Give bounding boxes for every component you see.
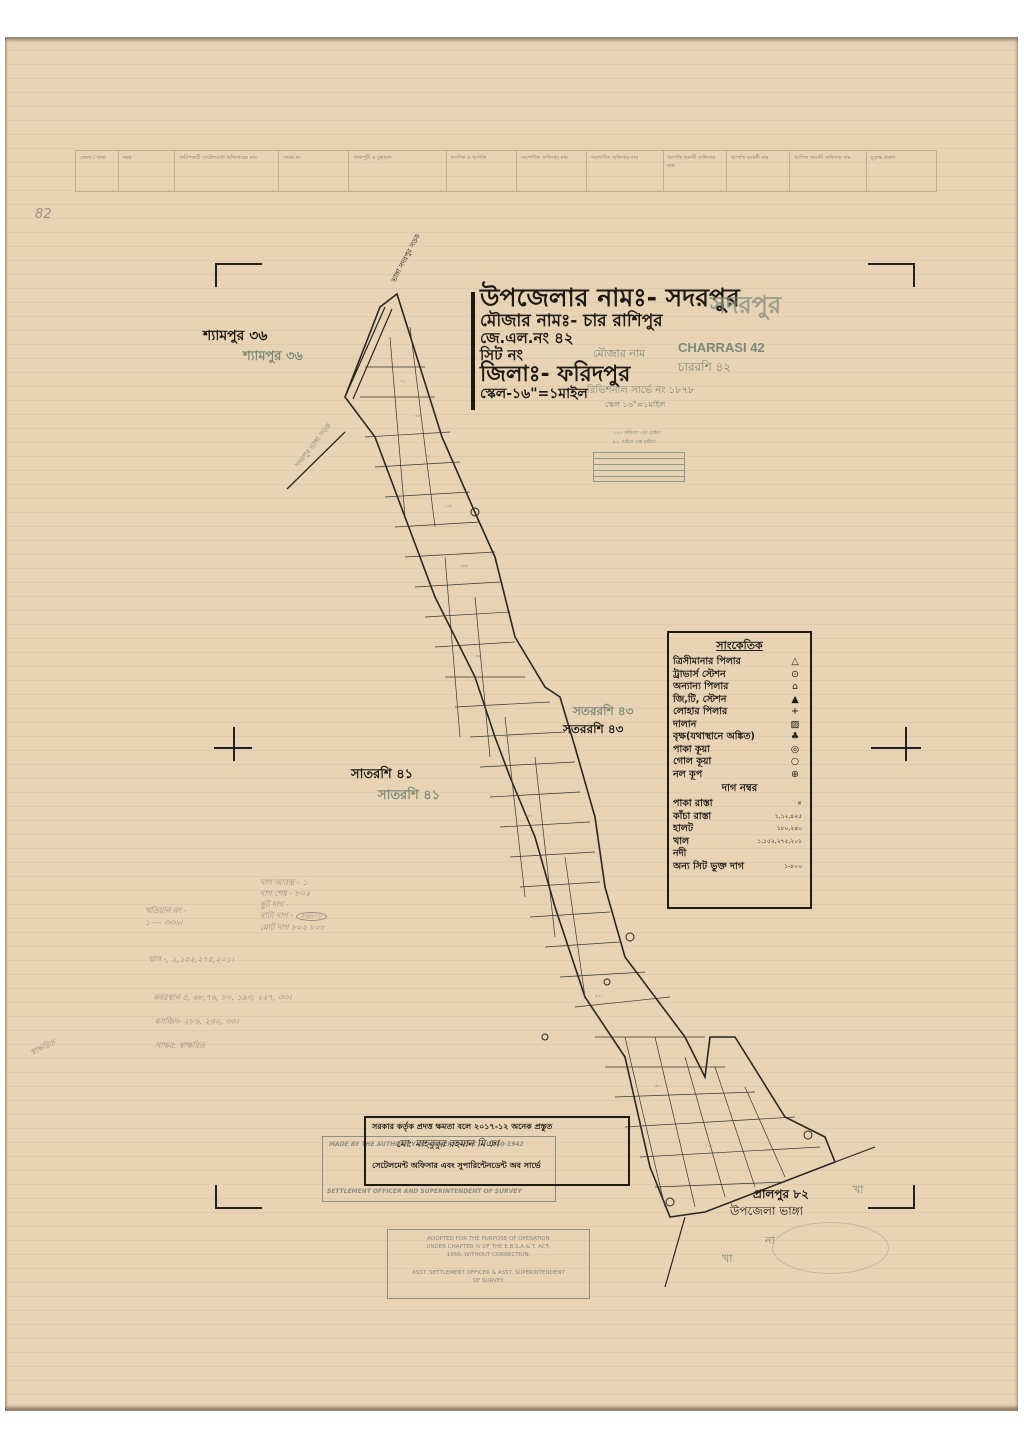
svg-text:৪৫: ৪৫ — [415, 413, 421, 418]
legend-value: ১-৮০০ — [784, 861, 802, 874]
pencil-mark: খা — [853, 1181, 863, 1200]
legend-item: লোহার পিলার+ — [669, 706, 810, 719]
stamp-line: ASST. SETTLEMENT OFFICER & ASST. SUPERIN… — [388, 1269, 589, 1277]
legend-label: হালট — [673, 823, 693, 836]
village-label-satroshi: সাতরশি ৪১ — [351, 765, 413, 786]
stamp-line: OF SURVEY. — [388, 1277, 589, 1285]
note-line: ছুট দাগ - — [260, 899, 327, 910]
faint-mouza-bengali: চাররশি ৪২ — [678, 359, 731, 379]
faint-scale: স্কেল ১৬"=১মাইল — [605, 399, 665, 412]
adopted-stamp: ADOPTED FOR THE PURPOSE OF OPERATION UND… — [387, 1229, 590, 1299]
village-label-shyampur-faint: শ্যামপুর ৩৬ — [243, 347, 303, 368]
scale-note-1: ১০০ কড়িতে এক চেইন। — [613, 430, 661, 438]
pencil-mark: খা — [722, 1250, 732, 1269]
stamp-line: UNDER CHAPTER IV OF THE E.B.S.A.& T. ACT… — [388, 1243, 589, 1251]
note-line: দাগ শেষ - ৮০২ — [260, 888, 327, 899]
svg-text:৩০০: ৩০০ — [505, 733, 513, 738]
stamp-line: সরকার কর্তৃক প্রদত্ত ক্ষমতা বলে ২০১৭-১২ … — [366, 1118, 628, 1137]
note-line: খাস -, ১,১৫২,২৭৫,২০১। — [148, 954, 234, 967]
legend-value: × — [797, 798, 802, 811]
dag-summary-notes: দাগ আরম্ভ - ১ দাগ শেষ - ৮০২ ছুট দাগ - বা… — [260, 877, 327, 933]
legend-label: অন্য সিট ভুক্ত দাগ — [673, 861, 744, 874]
village-label-satroshi-faint: সাতরশি ৪১ — [378, 786, 440, 807]
legend-label: পাকা কূয়া — [673, 744, 710, 757]
village-label-satarroshi-faint: সতররশি ৪৩ — [573, 703, 633, 723]
legend-dag-item: পাকা রাস্তা× — [669, 798, 810, 811]
svg-text:৮২: ৮২ — [425, 453, 431, 458]
legend-label: অন্যান্য পিলার — [673, 681, 728, 694]
note-line: বাটা দাগ - — [260, 911, 293, 920]
legend-item: নল কূপ⊕ — [669, 769, 810, 782]
faint-mouza-label: মৌজার নাম — [593, 345, 645, 364]
round-well-icon: ○ — [788, 756, 802, 769]
gt-station-icon: ▲ — [788, 694, 802, 707]
note-line: দাগ আরম্ভ - ১ — [260, 877, 327, 888]
note-value: ৫৫/৮০৮ — [296, 912, 328, 921]
upazila-name: উপজেলার নামঃ- সদরপুর — [480, 284, 740, 312]
mouza-name: মৌজার নামঃ- চার রাশিপুর — [480, 312, 740, 331]
legend-item: জি,টি, স্টেশন▲ — [669, 694, 810, 707]
legend-value: ১,১২,৪২৫ — [775, 811, 802, 824]
note-line: সাক্ষর: স্বাক্ষরিত — [155, 1040, 205, 1053]
mouza-parcel-map: ১২৪৫৮২১২৮ ১৮৫২৬০৩০০৩৮০ ৪৫০৫২০৬০০৭০০ — [5, 37, 1018, 1411]
legend-label: গোল কূয়া — [673, 756, 711, 769]
iron-pillar-icon: + — [788, 706, 802, 719]
map-legend: সাংকেতিক ত্রিসীমানার পিলার△ ট্রাভার্স স্… — [667, 631, 812, 909]
upazila-overlay: সদরপুর — [710, 287, 781, 327]
legend-subtitle: দাগ নম্বর — [669, 781, 810, 798]
khatian-notes: খতিয়ান নং - ১ --- ৩৩৬। — [145, 905, 187, 929]
cadastral-map-sheet: জেলা / থানা নম্বর জরিপকারী সেটেলমেন্ট অফ… — [5, 37, 1018, 1411]
svg-text:২৬০: ২৬০ — [475, 653, 483, 658]
traverse-station-icon: ⊙ — [788, 669, 802, 682]
note-line: মোট দাগ ৮০২ ৮০৮ — [260, 922, 327, 933]
legend-label: খাল — [673, 836, 689, 849]
legend-item: ত্রিসীমানার পিলার△ — [669, 656, 810, 669]
faint-survey-number: রিভিশনাল সার্ভে নং ১৮৭৮ — [587, 383, 695, 400]
legend-item: গোল কূয়া○ — [669, 756, 810, 769]
government-authority-stamp: সরকার কর্তৃক প্রদত্ত ক্ষমতা বলে ২০১৭-১২ … — [364, 1116, 630, 1186]
note-line: খতিয়ান নং - — [145, 905, 187, 917]
legend-value: ১,১৫২,২৭৫,২০১ — [757, 836, 802, 849]
legend-dag-item: খাল১,১৫২,২৭৫,২০১ — [669, 836, 810, 849]
tree-icon: ♣ — [788, 731, 802, 744]
svg-text:৪৫০: ৪৫০ — [555, 913, 563, 918]
title-bracket — [471, 292, 475, 410]
faint-mouza-english: CHARRASI 42 — [678, 340, 765, 355]
note-line: কবরস্থান ৫, ৬৮,৭৬, ৮০, ১৯৩, ২২৭, ৩৩। — [153, 992, 291, 1005]
legend-label: লোহার পিলার — [673, 706, 727, 719]
legend-dag-item: অন্য সিট ভুক্ত দাগ১-৮০০ — [669, 861, 810, 874]
svg-text:১২৮: ১২৮ — [445, 503, 453, 508]
svg-text:১২: ১২ — [400, 378, 406, 383]
legend-dag-item: হালট১৮০,২৪০ — [669, 823, 810, 836]
legend-label: নল কূপ — [673, 769, 702, 782]
legend-label: বৃক্ষ(যথাস্থানে অঙ্কিত) — [673, 731, 755, 744]
stamp-line: ADOPTED FOR THE PURPOSE OF OPERATION — [388, 1235, 589, 1243]
note-line: ১ --- ৩৩৬। — [145, 917, 187, 929]
legend-item: দালান▨ — [669, 719, 810, 732]
legend-item: পাকা কূয়া◎ — [669, 744, 810, 757]
other-pillar-icon: ⌂ — [788, 681, 802, 694]
legend-dag-item: কাঁচা রাস্তা১,১২,৪২৫ — [669, 811, 810, 824]
legend-label: ত্রিসীমানার পিলার — [673, 656, 741, 669]
note-line: মসজিদ- ২৮৬, ২৩০, ৩৩। — [155, 1016, 238, 1029]
svg-text:৬০০: ৬০০ — [655, 1083, 663, 1088]
legend-label: কাঁচা রাস্তা — [673, 811, 711, 824]
stamp-line: সেটেলমেন্ট অফিসার এবং সুপারিন্টেনডেন্ট অ… — [366, 1154, 628, 1173]
legend-item: বৃক্ষ(যথাস্থানে অঙ্কিত)♣ — [669, 731, 810, 744]
svg-text:১৮৫: ১৮৫ — [460, 563, 468, 568]
legend-label: ট্রাভার্স স্টেশন — [673, 669, 726, 682]
tube-well-icon: ⊕ — [788, 769, 802, 782]
svg-text:৩৮০: ৩৮০ — [525, 813, 533, 818]
village-label-shyampur: শ্যামপুর ৩৬ — [203, 324, 267, 348]
village-label-satarroshi: সতররশি ৪৩ — [563, 721, 623, 741]
legend-label: নদী — [673, 848, 686, 861]
legend-label: পাকা রাস্তা — [673, 798, 712, 811]
legend-title: সাংকেতিক — [669, 637, 810, 656]
svg-text:৫২০: ৫২০ — [595, 993, 603, 998]
stamp-signature: মো: মাহবুবুর রহমান মিঞা — [366, 1137, 628, 1154]
tri-junction-pillar-icon: △ — [788, 656, 802, 669]
stamp-line: 1950, WITHOUT CORRECTION. — [388, 1251, 589, 1259]
masonry-well-icon: ◎ — [788, 744, 802, 757]
svg-text:৭০০: ৭০০ — [705, 1143, 713, 1148]
pencil-annotation-circle — [772, 1222, 889, 1274]
legend-value: ১৮০,২৪০ — [777, 823, 802, 836]
diagonal-scale — [593, 452, 685, 482]
building-icon: ▨ — [788, 719, 802, 732]
legend-dag-item: নদী — [669, 848, 810, 861]
legend-item: অন্যান্য পিলার⌂ — [669, 681, 810, 694]
legend-label: দালান — [673, 719, 696, 732]
scale-note-2: ৮০ চেইনে এক মাইল। — [613, 439, 656, 447]
legend-label: জি,টি, স্টেশন — [673, 694, 726, 707]
legend-item: ট্রাভার্স স্টেশন⊙ — [669, 669, 810, 682]
stamp-line: SETTLEMENT OFFICER AND SUPERINTENDENT OF… — [327, 1188, 522, 1195]
upazila-label-bhanga: উপজেলা ভাঙ্গা — [730, 1203, 803, 1223]
